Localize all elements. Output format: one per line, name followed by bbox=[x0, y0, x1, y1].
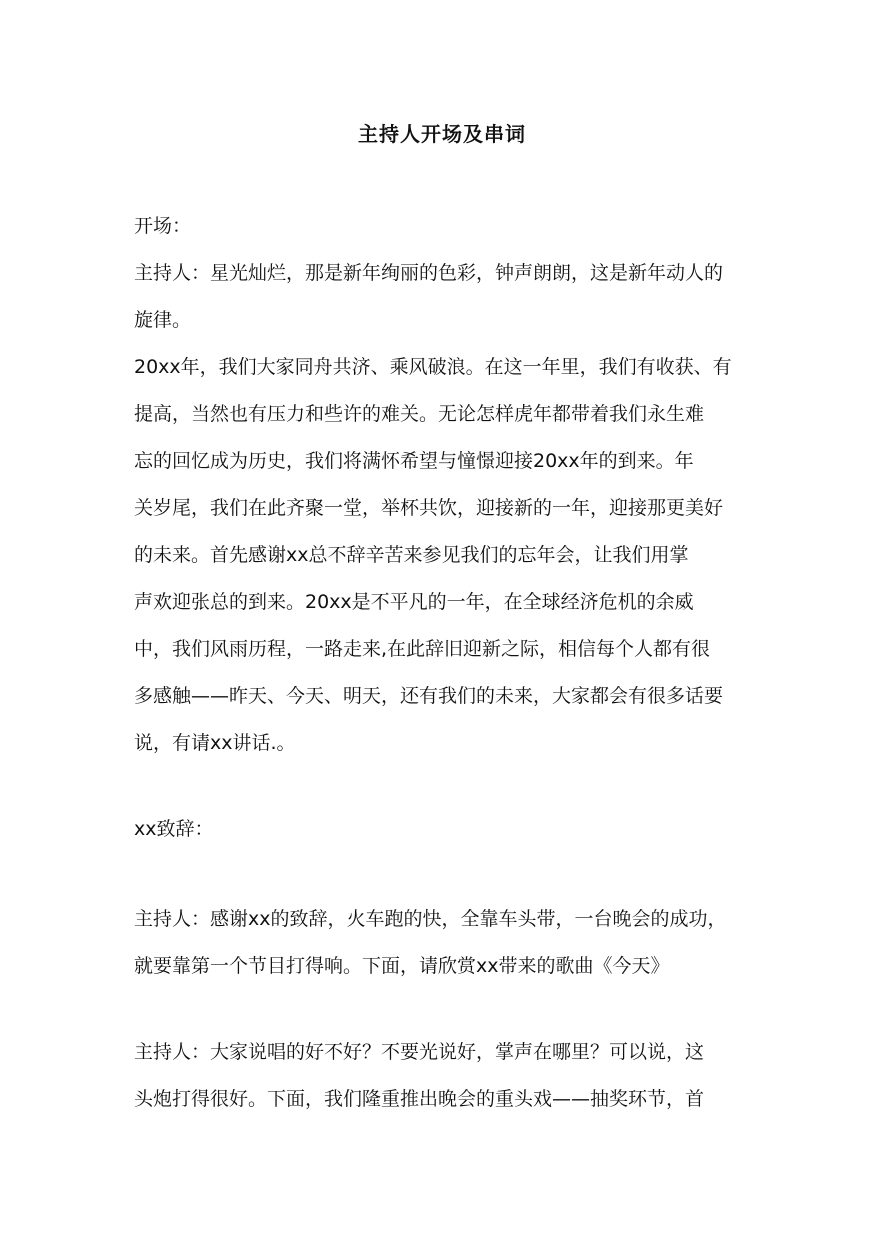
paragraph-line: 旋律。 bbox=[134, 306, 754, 334]
paragraph-line: 关岁尾，我们在此齐聚一堂，举杯共饮，迎接新的一年，迎接那更美好 bbox=[134, 494, 754, 522]
paragraph-line: 多感触——昨天、今天、明天，还有我们的未来，大家都会有很多话要 bbox=[134, 682, 754, 710]
section-heading-speech: xx致辞： bbox=[134, 815, 754, 843]
paragraph-line: 说，有请xx讲话.。 bbox=[134, 729, 754, 757]
paragraph-line: 主持人：感谢xx的致辞，火车跑的快，全靠车头带，一台晚会的成功， bbox=[134, 905, 754, 933]
paragraph-line: 提高，当然也有压力和些许的难关。无论怎样虎年都带着我们永生难 bbox=[134, 400, 754, 428]
paragraph-line: 头炮打得很好。下面，我们隆重推出晚会的重头戏——抽奖环节，首 bbox=[134, 1085, 754, 1113]
paragraph-line: 声欢迎张总的到来。20xx是不平凡的一年，在全球经济危机的余威 bbox=[134, 588, 754, 616]
document-page: 主持人开场及串词 开场： 主持人：星光灿烂，那是新年绚丽的色彩，钟声朗朗，这是新… bbox=[0, 0, 884, 1250]
section-heading-opening: 开场： bbox=[134, 212, 754, 240]
document-title: 主持人开场及串词 bbox=[0, 118, 884, 147]
paragraph-line: 主持人：大家说唱的好不好？不要光说好，掌声在哪里？可以说，这 bbox=[134, 1038, 754, 1066]
paragraph-line: 20xx年，我们大家同舟共济、乘风破浪。在这一年里，我们有收获、有 bbox=[134, 353, 754, 381]
paragraph-line: 的未来。首先感谢xx总不辞辛苦来参见我们的忘年会，让我们用掌 bbox=[134, 541, 754, 569]
paragraph-line: 就要靠第一个节目打得响。下面，请欣赏xx带来的歌曲《今天》 bbox=[134, 952, 754, 980]
paragraph-line: 主持人：星光灿烂，那是新年绚丽的色彩，钟声朗朗，这是新年动人的 bbox=[134, 259, 754, 287]
paragraph-line: 忘的回忆成为历史，我们将满怀希望与憧憬迎接20xx年的到来。年 bbox=[134, 447, 754, 475]
paragraph-line: 中，我们风雨历程，一路走来,在此辞旧迎新之际，相信每个人都有很 bbox=[134, 635, 754, 663]
